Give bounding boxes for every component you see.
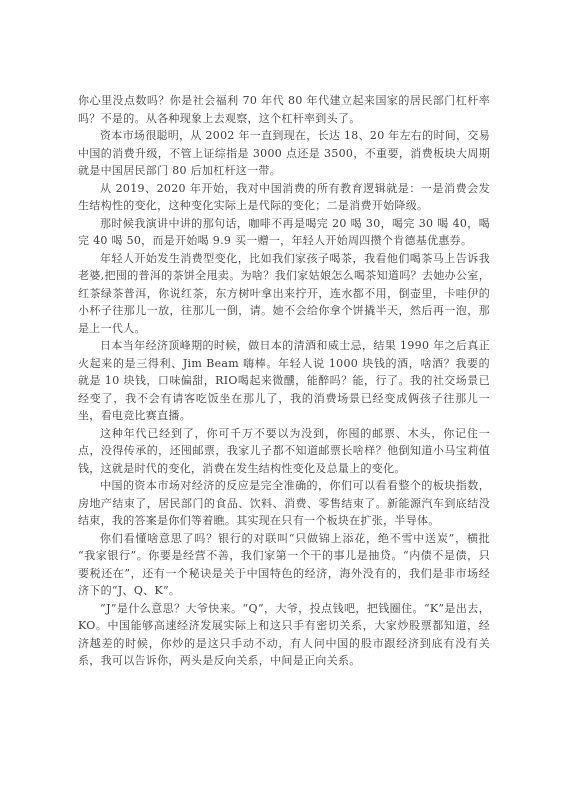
paragraph: “J”是什么意思？大爷快来。“Q”，大爷，投点钱吧，把钱圈住。“K”是出去，KO… — [78, 600, 490, 670]
paragraph: 那时候我演讲中讲的那句话，咖啡不再是喝完 20 喝 30，喝完 30 喝 40，… — [78, 215, 490, 250]
text-column: 你心里没点数吗？你是社会福利 70 年代 80 年代建立起来国家的居民部门杠杆率… — [78, 92, 490, 670]
paragraph: 日本当年经济顶峰期的时候，做日本的清酒和威士忌，结果 1990 年之后真正火起来… — [78, 337, 490, 425]
paragraph: 从 2019、2020 年开始，我对中国消费的所有教育逻辑就是：一是消费会发生结… — [78, 180, 490, 215]
paragraph: 中国的资本市场对经济的反应是完全准确的，你们可以看看整个的板块指数，房地产结束了… — [78, 477, 490, 530]
paragraph: 你心里没点数吗？你是社会福利 70 年代 80 年代建立起来国家的居民部门杠杆率… — [78, 92, 490, 127]
paragraph: 年轻人开始发生消费型变化，比如我们家孩子喝茶，我看他们喝茶马上告诉我老婆,把囤的… — [78, 250, 490, 338]
paragraph: 这种年代已经到了，你可千万不要以为没到，你囤的邮票、木头，你记住一点，没得传承的… — [78, 425, 490, 478]
paragraph: 资本市场很聪明，从 2002 年一直到现在，长达 18、20 年左右的时间，交易… — [78, 127, 490, 180]
paragraph: 你们看懂啥意思了吗？银行的对联叫“只做锦上添花，绝不雪中送炭”，横批“我家银行”… — [78, 530, 490, 600]
document-page: 你心里没点数吗？你是社会福利 70 年代 80 年代建立起来国家的居民部门杠杆率… — [0, 0, 566, 800]
